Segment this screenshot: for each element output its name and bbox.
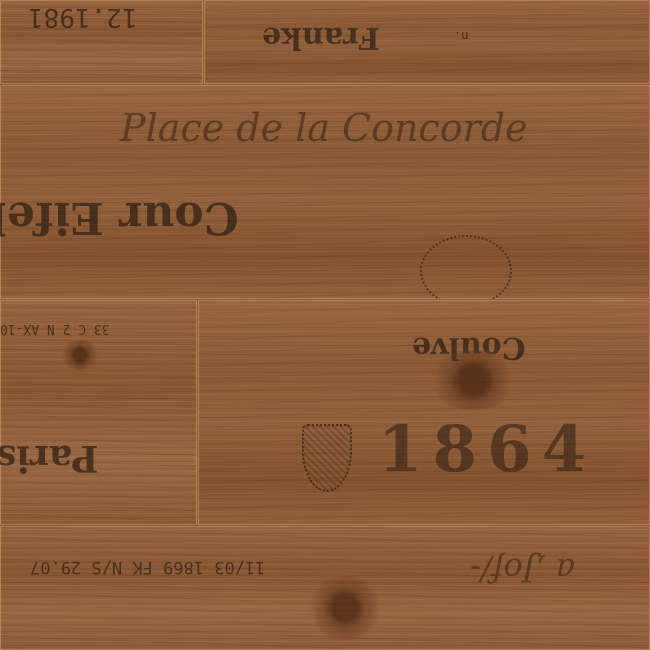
- plank-row1-right: Franke n.: [204, 0, 650, 84]
- stamp-place-de-la-concorde: Place de la Concorde: [120, 109, 528, 147]
- stamp-cour-eifel: Cour Eifel: [0, 195, 239, 239]
- wood-knot: [60, 340, 100, 370]
- plank-row3-left: 33 C 2 N AX-10 Paris: [0, 300, 197, 525]
- stamp-paris: Paris: [0, 440, 98, 476]
- plank-row1-left: 12.1981: [0, 0, 203, 84]
- stamp-superscript: n.: [454, 30, 468, 42]
- wood-floor: 12.1981 Franke n. Place de la Concorde C…: [0, 0, 650, 650]
- plank-row3-right: Coulve 1864: [198, 300, 650, 525]
- plank-row2: Place de la Concorde Cour Eifel: [0, 85, 650, 299]
- plank-row4: 11/03 1869 FK N/S 29.07 a ,Jof/-: [0, 526, 650, 650]
- stamp-franke: Franke: [262, 22, 380, 52]
- emblem-seal: [420, 235, 512, 299]
- wood-knot-bottom: [308, 576, 382, 640]
- stamp-bottom-script: a ,Jof/-: [470, 554, 575, 586]
- stamp-code-left: 33 C 2 N AX-10: [0, 322, 110, 335]
- stamp-date: 12.1981: [28, 4, 138, 30]
- stamp-bottom-code: 11/03 1869 FK N/S 29.07: [30, 558, 265, 575]
- wood-knot-center: [428, 350, 518, 410]
- stamp-year: 1864: [378, 418, 596, 482]
- shield-crest: [302, 424, 352, 492]
